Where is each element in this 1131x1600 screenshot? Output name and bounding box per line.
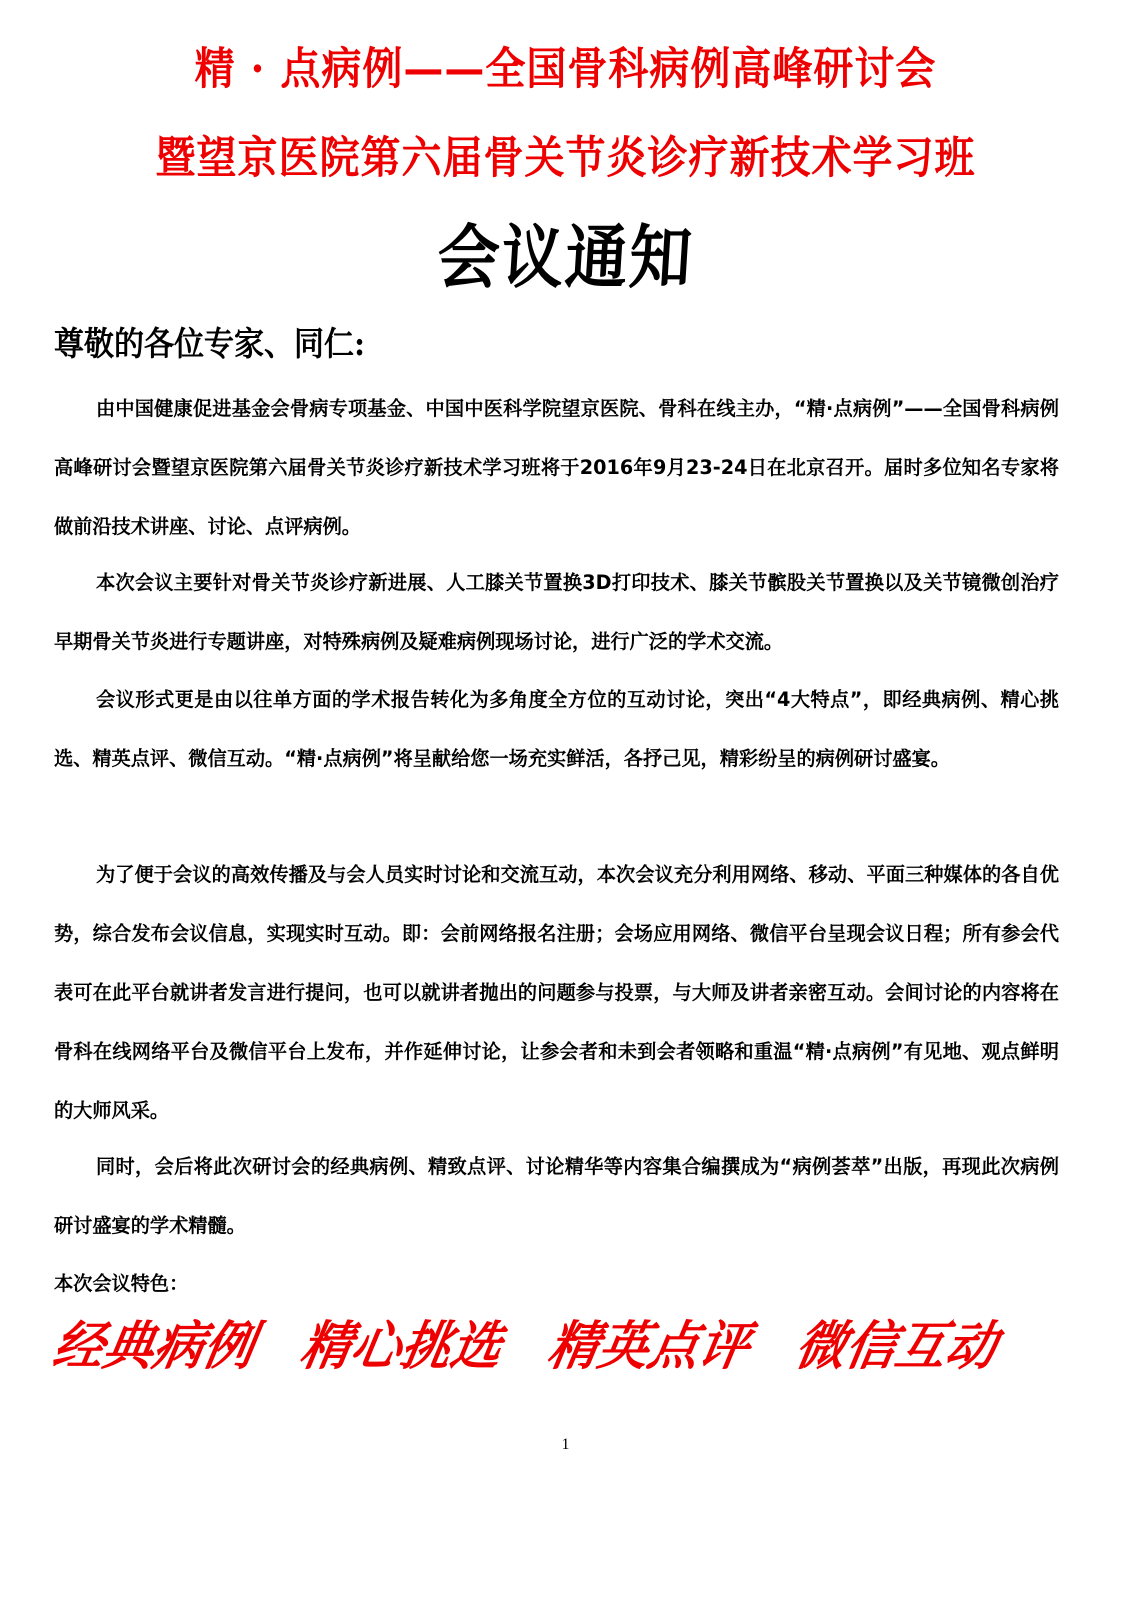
feature-classic-cases: 经典病例 bbox=[49, 1316, 260, 1377]
features-banner: 经典病例 精心挑选 精英点评 微信互动 bbox=[48, 1315, 1019, 1378]
document-title-line2: 暨望京医院第六届骨关节炎诊疗新技术学习班 bbox=[0, 131, 1131, 186]
paragraph-format: 会议形式更是由以往单方面的学术报告转化为多角度全方位的互动讨论，突出“4大特点”… bbox=[54, 670, 1059, 788]
feature-wechat-interaction: 微信互动 bbox=[791, 1316, 1002, 1377]
document-page: 精 · 点病例——全国骨科病例高峰研讨会 暨望京医院第六届骨关节炎诊疗新技术学习… bbox=[0, 0, 1131, 1600]
features-label: 本次会议特色： bbox=[54, 1254, 1059, 1313]
document-title-line1: 精 · 点病例——全国骨科病例高峰研讨会 bbox=[0, 42, 1131, 97]
paragraph-organizers: 由中国健康促进基金会骨病专项基金、中国中医科学院望京医院、骨科在线主办，“精·点… bbox=[54, 379, 1059, 556]
paragraph-publication: 同时，会后将此次研讨会的经典病例、精致点评、讨论精华等内容集合编撰成为“病例荟萃… bbox=[54, 1137, 1059, 1255]
feature-careful-selection: 精心挑选 bbox=[296, 1316, 507, 1377]
paragraph-media: 为了便于会议的高效传播及与会人员实时讨论和交流互动，本次会议充分利用网络、移动、… bbox=[54, 845, 1059, 1140]
paragraph-topics: 本次会议主要针对骨关节炎诊疗新进展、人工膝关节置换3D打印技术、膝关节髌股关节置… bbox=[54, 553, 1059, 671]
page-number: 1 bbox=[0, 1436, 1131, 1454]
notice-heading: 会议通知 bbox=[0, 218, 1131, 299]
feature-expert-review: 精英点评 bbox=[543, 1316, 754, 1377]
salutation: 尊敬的各位专家、同仁: bbox=[54, 323, 365, 367]
